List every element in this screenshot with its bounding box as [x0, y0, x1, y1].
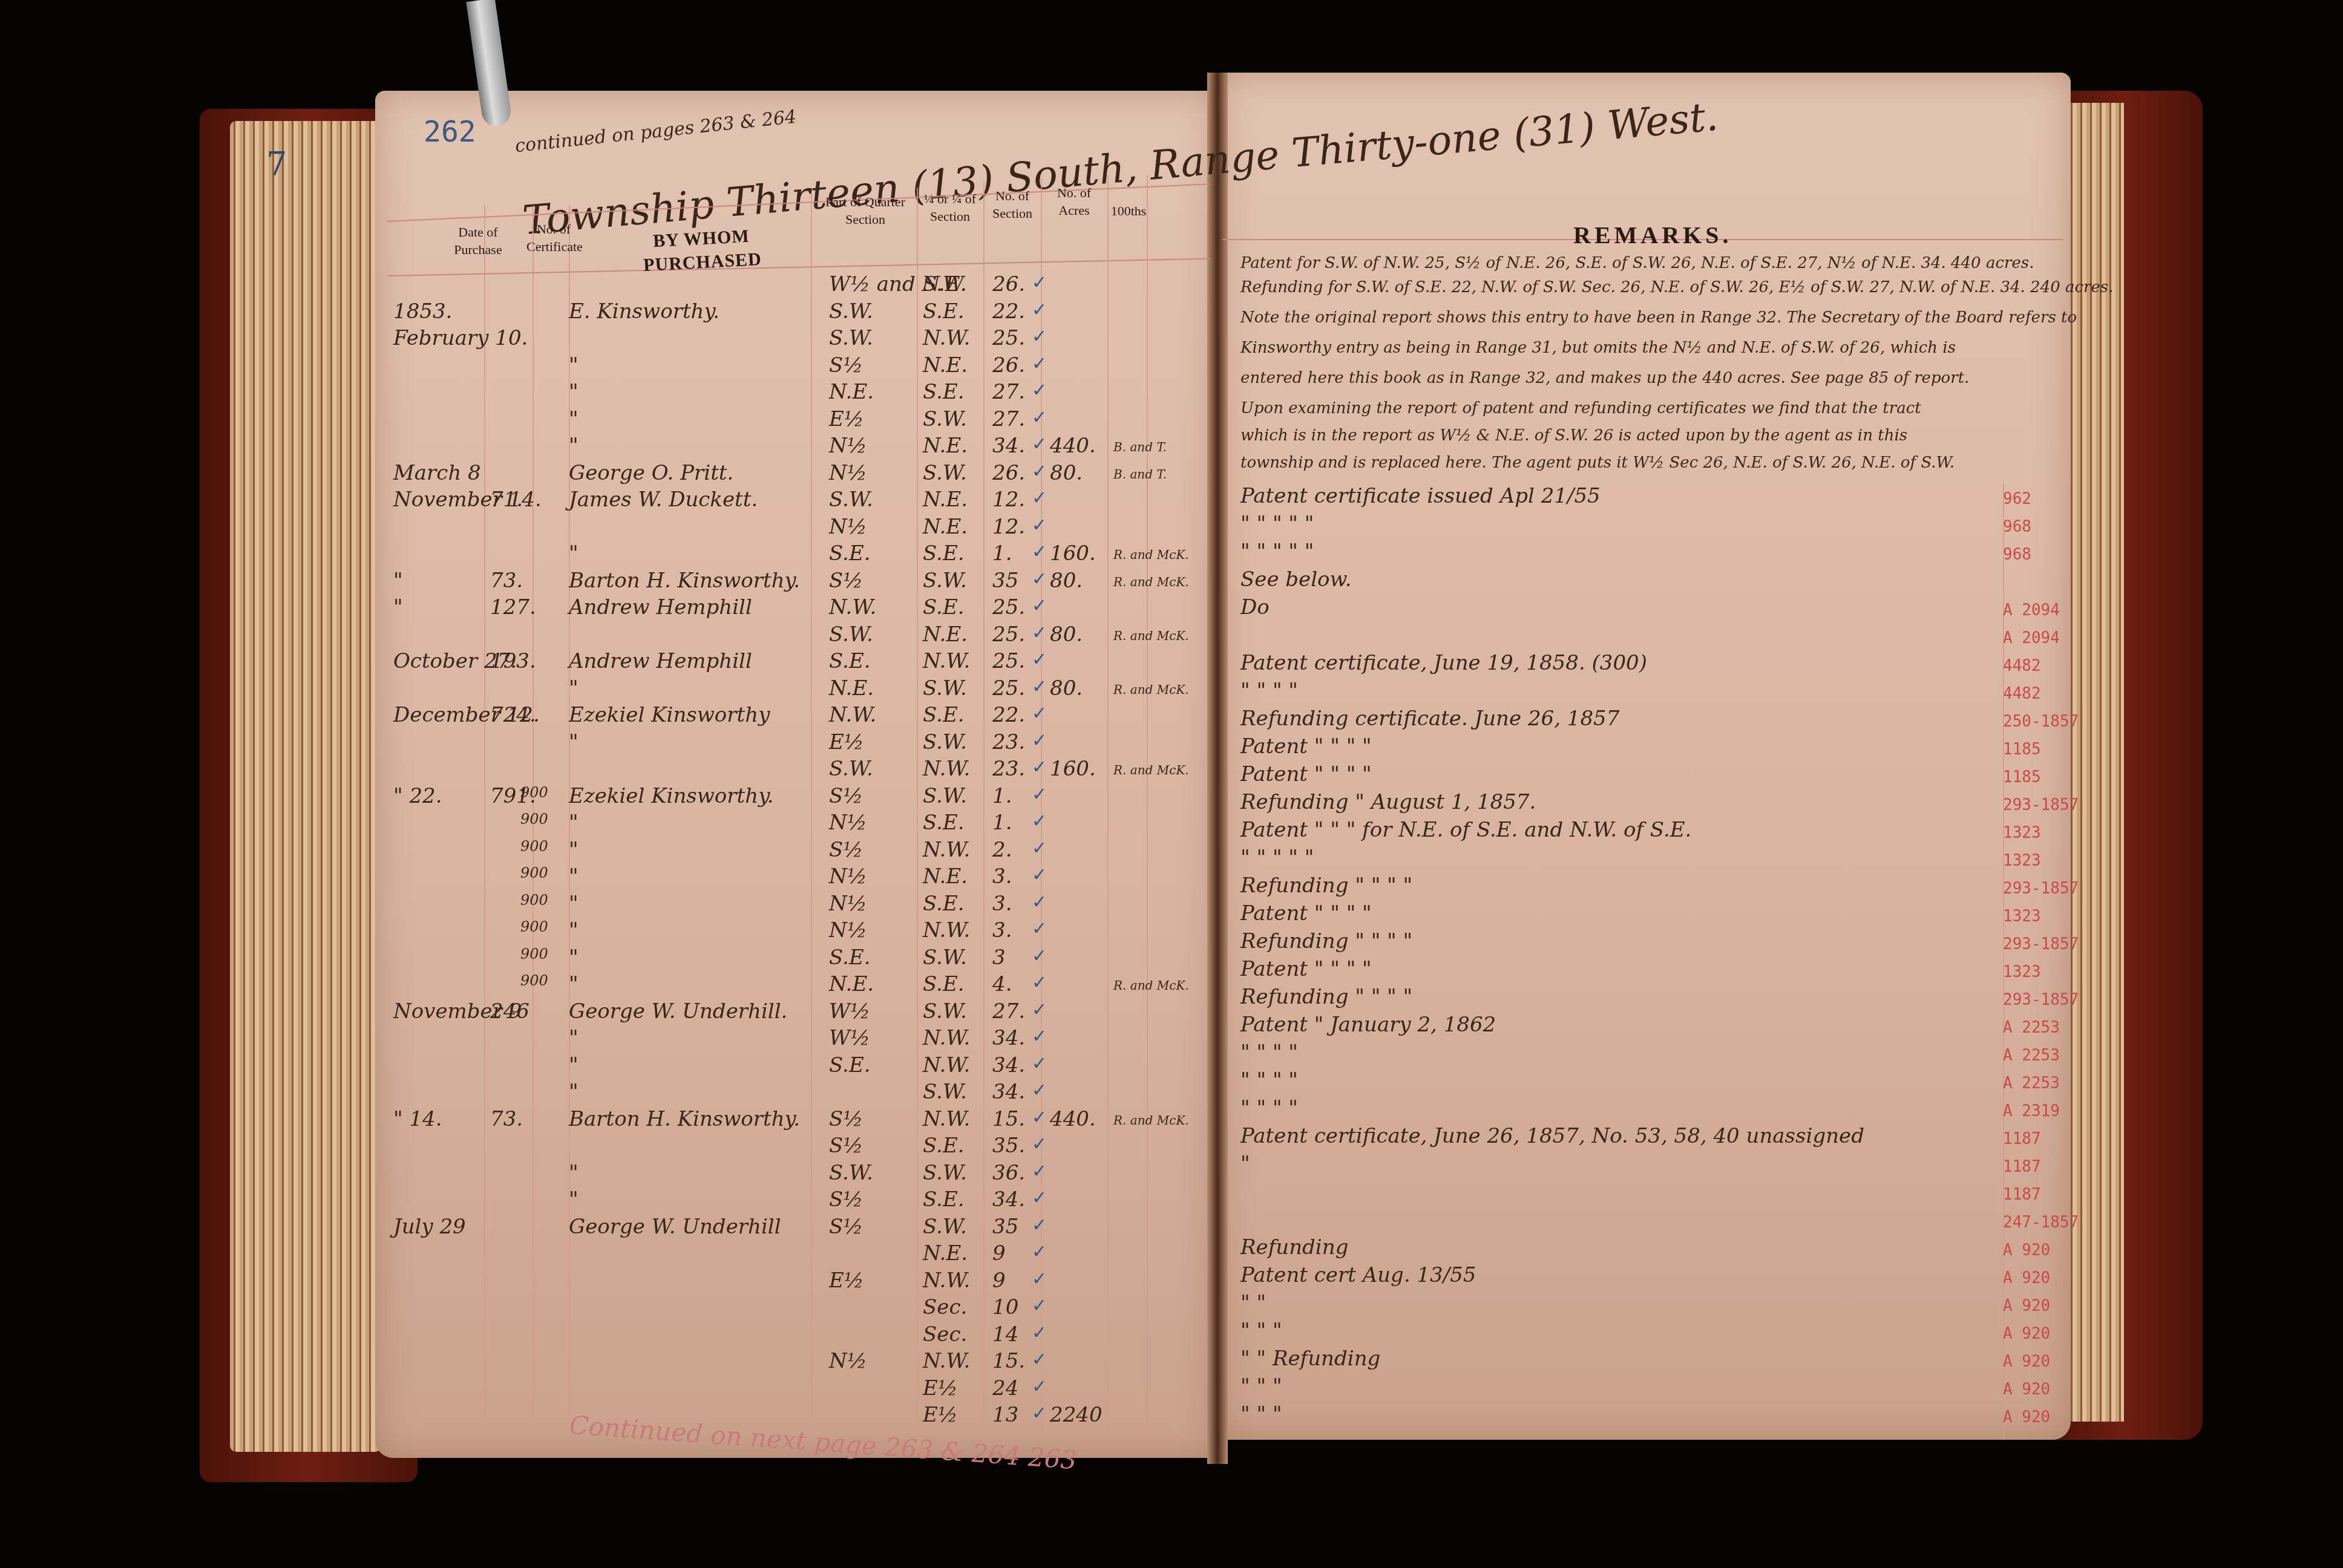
blue-checkmark-icon: ✓ [1032, 703, 1047, 724]
table-row: "S½S.E.34.✓ [375, 1187, 1216, 1214]
remark-line: Patent " " " " [1240, 762, 1372, 786]
blue-checkmark-icon: ✓ [1032, 353, 1047, 374]
part-of-quarter: E½ [829, 730, 864, 754]
quarter-of-section: N.E. [923, 1241, 968, 1266]
remark-line: Do [1240, 595, 1270, 619]
blue-checkmark-icon: ✓ [1032, 1322, 1047, 1344]
quarter-of-section: N.W. [923, 918, 970, 942]
quarter-of-section: S.E. [923, 703, 965, 727]
red-ink-number: 900 [520, 838, 548, 855]
section-number: 9 [992, 1269, 1006, 1293]
part-of-quarter: S.E. [829, 946, 871, 970]
purchaser-name: " [569, 1161, 578, 1185]
patent-number: 1323 [2003, 907, 2041, 926]
part-of-quarter: S½ [829, 353, 863, 377]
patent-number: 1323 [2003, 824, 2041, 842]
red-ink-number: 900 [520, 864, 548, 881]
quarter-of-section: S.W. [923, 1215, 967, 1239]
table-row: S½S.E.35.✓ [375, 1134, 1216, 1160]
receiver-note: R. and McK. [1113, 575, 1189, 589]
purchase-date: " [393, 595, 403, 619]
quarter-of-section: N.W. [923, 1269, 970, 1293]
blue-checkmark-icon: ✓ [1032, 488, 1047, 509]
blue-checkmark-icon: ✓ [1032, 918, 1047, 939]
patent-number: 1187 [2003, 1158, 2041, 1176]
section-number: 34. [992, 1080, 1025, 1104]
patent-number: A 920 [2003, 1408, 2050, 1426]
table-row: November 9246George W. Underhill.W½S.W.2… [375, 999, 1216, 1026]
blue-checkmark-icon: ✓ [1032, 461, 1047, 482]
receiver-note: R. and McK. [1113, 1113, 1189, 1128]
purchaser-name: " [569, 730, 578, 754]
receiver-note: B. and T. [1113, 440, 1167, 454]
part-of-quarter: S.W. [829, 757, 873, 781]
blue-checkmark-icon: ✓ [1032, 1215, 1047, 1236]
section-number: 35 [992, 1215, 1018, 1239]
blue-checkmark-icon: ✓ [1032, 1026, 1047, 1047]
col-header-section: No. of Section [985, 188, 1040, 222]
part-of-quarter: N½ [829, 892, 867, 916]
table-row: March 8George O. Pritt.N½S.W.26.80.B. an… [375, 461, 1216, 488]
purchaser-name: Andrew Hemphill [569, 649, 752, 673]
purchaser-name: " [569, 1187, 578, 1212]
remark-line: Patent certificate issued Apl 21/55 [1240, 484, 1601, 508]
purchase-date: " [393, 569, 403, 593]
table-row: February 10.S.W.N.W.25.✓ [375, 326, 1216, 353]
table-row: "73.Barton H. Kinsworthy.S½S.W.3580.R. a… [375, 569, 1216, 595]
table-row: "S.W.S.W.36.✓ [375, 1161, 1216, 1187]
col-header-quarter: ¼ or ¼ of Section [923, 191, 977, 225]
table-row: "W½N.W.34.✓ [375, 1026, 1216, 1053]
remark-line: Patent cert Aug. 13/55 [1240, 1263, 1476, 1287]
blue-checkmark-icon: ✓ [1032, 434, 1047, 455]
patent-number: 250-1857 [2003, 713, 2079, 731]
quarter-of-section: N.W. [923, 757, 970, 781]
patent-number: A 920 [2003, 1380, 2050, 1399]
section-number: 15. [992, 1349, 1025, 1373]
purchaser-name: " [569, 1080, 578, 1104]
section-number: 9 [992, 1241, 1006, 1266]
remark-line: See below. [1240, 567, 1351, 592]
quarter-of-section: S.E. [923, 811, 965, 835]
remark-line: " " " [1240, 1402, 1282, 1426]
quarter-of-section: S.E. [923, 541, 965, 566]
purchaser-name: " [569, 541, 578, 566]
blue-checkmark-icon: ✓ [1032, 272, 1047, 293]
patent-number: 1187 [2003, 1186, 2041, 1204]
purchaser-name: George W. Underhill [569, 1215, 781, 1239]
blue-checkmark-icon: ✓ [1032, 730, 1047, 751]
blue-checkmark-icon: ✓ [1032, 407, 1047, 428]
part-of-quarter: E½ [829, 1269, 864, 1293]
receiver-note: B. and T. [1113, 467, 1167, 482]
acres: 80. [1050, 622, 1083, 647]
col-header-hundredths: 100ths [1107, 203, 1150, 220]
section-number: 23. [992, 730, 1025, 754]
remark-note: township and is replaced here. The agent… [1240, 454, 1955, 472]
red-ink-number: 900 [520, 811, 548, 828]
section-number: 4. [992, 972, 1012, 996]
part-of-quarter: S.W. [829, 622, 873, 647]
remarks-heading: REMARKS. [1573, 221, 1732, 249]
remark-line: " " " " [1240, 1068, 1298, 1093]
patent-number: 1185 [2003, 768, 2041, 786]
part-of-quarter: S½ [829, 1107, 863, 1131]
purchaser-name: George O. Pritt. [569, 461, 733, 485]
patent-number: A 2253 [2003, 1047, 2060, 1065]
quarter-of-section: S.E. [923, 1134, 965, 1158]
blue-checkmark-icon: ✓ [1032, 326, 1047, 347]
blue-checkmark-icon: ✓ [1032, 1241, 1047, 1263]
remark-note: entered here this book as in Range 32, a… [1240, 369, 1969, 387]
receiver-note: R. and McK. [1113, 763, 1189, 777]
quarter-of-section: Sec. [923, 1295, 967, 1319]
purchaser-name: " [569, 407, 578, 431]
purchaser-name: " [569, 676, 578, 701]
purchaser-name: " [569, 864, 578, 889]
table-row: "N½N.W.3.✓900 [375, 918, 1216, 945]
quarter-of-section: S.E. [923, 595, 965, 619]
certificate-number: 246 [490, 999, 529, 1024]
blue-checkmark-icon: ✓ [1032, 1080, 1047, 1101]
section-number: 2. [992, 838, 1012, 862]
blue-checkmark-icon: ✓ [1032, 649, 1047, 670]
part-of-quarter: S.W. [829, 488, 873, 512]
part-of-quarter: N½ [829, 1349, 867, 1373]
remark-line: Patent " " " " [1240, 901, 1372, 926]
table-row: E½24✓ [375, 1376, 1216, 1403]
quarter-of-section: S.W. [923, 461, 967, 485]
blue-checkmark-icon: ✓ [1032, 515, 1047, 536]
remark-line: " " " " " [1240, 512, 1314, 536]
remark-line: Refunding " August 1, 1857. [1240, 790, 1536, 814]
section-number: 10 [992, 1295, 1018, 1319]
quarter-of-section: S.E. [923, 299, 965, 324]
purchaser-name: E. Kinsworthy. [569, 299, 719, 324]
quarter-of-section: N.W. [923, 1349, 970, 1373]
quarter-of-section: E½ [923, 1403, 958, 1427]
section-number: 34. [992, 1053, 1025, 1077]
section-number: 12. [992, 515, 1025, 539]
patent-number: 293-1857 [2003, 796, 2079, 814]
purchase-date: 1853. [393, 299, 452, 324]
patent-no-rule [2003, 484, 2004, 1440]
acres: 160. [1050, 757, 1096, 781]
patent-number: 1187 [2003, 1130, 2041, 1148]
edge-tab-number: 7 [266, 145, 303, 188]
section-number: 26. [992, 461, 1025, 485]
blue-checkmark-icon: ✓ [1032, 380, 1047, 401]
part-of-quarter: S½ [829, 1187, 863, 1212]
remark-note: Upon examining the report of patent and … [1240, 399, 1921, 417]
certificate-number: 724. [490, 703, 536, 727]
purchaser-name: " [569, 946, 578, 970]
patent-number: A 920 [2003, 1297, 2050, 1315]
quarter-of-section: S.E. [923, 972, 965, 996]
certificate-number: 127. [490, 595, 536, 619]
section-number: 26. [992, 272, 1025, 296]
acres: 2240 [1050, 1403, 1103, 1427]
remark-note: Note the original report shows this entr… [1240, 309, 2077, 327]
part-of-quarter: N½ [829, 918, 867, 942]
patent-number: 293-1857 [2003, 991, 2079, 1009]
quarter-of-section: N.W. [923, 1053, 970, 1077]
blue-checkmark-icon: ✓ [1032, 676, 1047, 697]
table-row: "S.E.S.E.1.160.R. and McK.✓ [375, 541, 1216, 568]
blue-checkmark-icon: ✓ [1032, 299, 1047, 321]
table-row: " 22.791.Ezekiel Kinsworthy.S½S.W.1.✓900 [375, 784, 1216, 811]
patent-number: 1323 [2003, 852, 2041, 870]
quarter-of-section: N.W. [923, 1026, 970, 1050]
table-row: July 29George W. UnderhillS½S.W.35✓ [375, 1215, 1216, 1241]
section-number: 3. [992, 864, 1012, 889]
quarter-of-section: N.W. [923, 838, 970, 862]
red-ink-number: 900 [520, 918, 548, 935]
section-number: 22. [992, 703, 1025, 727]
part-of-quarter: S.W. [829, 299, 873, 324]
table-row: Sec.10✓ [375, 1295, 1216, 1322]
blue-checkmark-icon: ✓ [1032, 757, 1047, 778]
quarter-of-section: S.E. [923, 380, 965, 404]
acres: 80. [1050, 676, 1083, 701]
blue-checkmark-icon: ✓ [1032, 1134, 1047, 1155]
patent-number: A 2319 [2003, 1102, 2060, 1120]
quarter-of-section: N.E. [923, 434, 968, 458]
patent-number: A 2094 [2003, 601, 2060, 619]
part-of-quarter: S½ [829, 1215, 863, 1239]
section-number: 25. [992, 595, 1025, 619]
part-of-quarter: S½ [829, 838, 863, 862]
part-of-quarter: S.E. [829, 541, 871, 566]
remark-line: Patent " January 2, 1862 [1240, 1013, 1496, 1037]
part-of-quarter: N.E. [829, 972, 874, 996]
purchaser-name: George W. Underhill. [569, 999, 787, 1024]
part-of-quarter: E½ [829, 407, 864, 431]
quarter-of-section: S.W. [923, 1161, 967, 1185]
blue-checkmark-icon: ✓ [1032, 811, 1047, 832]
part-of-quarter: S.W. [829, 1161, 873, 1185]
table-row: "S.W.34.✓ [375, 1080, 1216, 1106]
section-number: 13 [992, 1403, 1018, 1427]
remark-line: " " " [1240, 1374, 1282, 1399]
quarter-of-section: Sec. [923, 1322, 967, 1347]
col-header-part-quarter: Part of Quarter Section [823, 194, 908, 228]
quarter-of-section: N.W. [923, 326, 970, 350]
table-row: "N.E.S.E.4.R. and McK.✓900 [375, 972, 1216, 999]
section-number: 27. [992, 380, 1025, 404]
quarter-of-section: N.E. [923, 622, 968, 647]
quarter-of-section: S.E. [923, 892, 965, 916]
section-number: 3 [992, 946, 1006, 970]
acres: 440. [1050, 1107, 1096, 1131]
remark-line: " " " " [1240, 1040, 1298, 1065]
section-number: 34. [992, 434, 1025, 458]
blue-checkmark-icon: ✓ [1032, 1269, 1047, 1290]
blue-checkmark-icon: ✓ [1032, 569, 1047, 590]
remark-line: " " [1240, 1291, 1266, 1315]
blue-checkmark-icon: ✓ [1032, 1403, 1047, 1424]
section-number: 12. [992, 488, 1025, 512]
patent-number: A 920 [2003, 1325, 2050, 1343]
remark-note: Kinsworthy entry as being in Range 31, b… [1240, 339, 1956, 357]
blue-checkmark-icon: ✓ [1032, 999, 1047, 1021]
purchaser-name: James W. Duckett. [569, 488, 758, 512]
certificate-number: 73. [490, 1107, 523, 1131]
quarter-of-section: N.W. [923, 1107, 970, 1131]
certificate-number: 71. [490, 488, 523, 512]
quarter-of-section: S.W. [923, 676, 967, 701]
purchaser-name: " [569, 380, 578, 404]
patent-number: 4482 [2003, 657, 2041, 675]
part-of-quarter: N.W. [829, 703, 876, 727]
section-number: 25. [992, 676, 1025, 701]
section-number: 15. [992, 1107, 1025, 1131]
blue-checkmark-icon: ✓ [1032, 892, 1047, 913]
remark-line: Patent certificate, June 26, 1857, No. 5… [1240, 1124, 1864, 1148]
table-row: "N.E.S.W.25.80.R. and McK.✓ [375, 676, 1216, 703]
quarter-of-section: N.E. [923, 864, 968, 889]
purchaser-name: " [569, 353, 578, 377]
section-number: 1. [992, 811, 1012, 835]
blue-checkmark-icon: ✓ [1032, 1349, 1047, 1370]
col-header-date: Date of Purchase [445, 224, 511, 258]
red-ink-number: 900 [520, 892, 548, 909]
blue-checkmark-icon: ✓ [1032, 1053, 1047, 1074]
patent-number: A 920 [2003, 1241, 2050, 1259]
remark-line: Patent " " " " [1240, 734, 1372, 759]
acres: 160. [1050, 541, 1096, 566]
blue-checkmark-icon: ✓ [1032, 1376, 1047, 1397]
remark-line: Refunding " " " " [1240, 929, 1412, 953]
patent-number: 1185 [2003, 740, 2041, 759]
section-number: 14 [992, 1322, 1018, 1347]
receiver-note: R. and McK. [1113, 547, 1189, 562]
red-ink-number: 900 [520, 972, 548, 989]
patent-number: A 2094 [2003, 629, 2060, 647]
quarter-of-section: S.W. [923, 999, 967, 1024]
remark-note: Patent for S.W. of N.W. 25, S½ of N.E. 2… [1240, 254, 2034, 272]
remark-note: Refunding for S.W. of S.E. 22, N.W. of S… [1240, 278, 2113, 296]
quarter-of-section: E½ [923, 1376, 958, 1400]
receiver-note: R. and McK. [1113, 629, 1189, 643]
patent-number: 1323 [2003, 963, 2041, 981]
quarter-of-section: S.E. [923, 1187, 965, 1212]
table-row: November 14.71.James W. Duckett.S.W.N.E.… [375, 488, 1216, 514]
receiver-note: R. and McK. [1113, 682, 1189, 697]
patent-number: 968 [2003, 518, 2031, 536]
part-of-quarter: S.E. [829, 649, 871, 673]
part-of-quarter: S.E. [829, 1053, 871, 1077]
table-row: N½N.E.12.✓ [375, 515, 1216, 541]
purchaser-name: Ezekiel Kinsworthy. [569, 784, 774, 808]
part-of-quarter: N½ [829, 864, 867, 889]
page-number: 262 [424, 115, 476, 149]
quarter-of-section: N.E. [923, 488, 968, 512]
patent-number: A 2253 [2003, 1074, 2060, 1093]
blue-checkmark-icon: ✓ [1032, 1187, 1047, 1209]
acres: 440. [1050, 434, 1096, 458]
purchaser-name: " [569, 892, 578, 916]
remark-line: " " " " " [1240, 540, 1314, 564]
patent-number: 247-1857 [2003, 1214, 2079, 1232]
section-number: 34. [992, 1026, 1025, 1050]
section-number: 25. [992, 326, 1025, 350]
purchaser-name: " [569, 1053, 578, 1077]
blue-checkmark-icon: ✓ [1032, 595, 1047, 616]
quarter-of-section: S.W. [923, 730, 967, 754]
blue-checkmark-icon: ✓ [1032, 972, 1047, 993]
table-row: "N½N.E.3.✓900 [375, 864, 1216, 891]
purchaser-name: Barton H. Kinsworthy. [569, 569, 800, 593]
remark-line: " [1240, 1152, 1250, 1176]
patent-number: 4482 [2003, 685, 2041, 703]
table-row: S.W.N.W.23.160.R. and McK.✓ [375, 757, 1216, 783]
remark-line: " " " [1240, 1319, 1282, 1343]
remark-line: " " " " [1240, 1096, 1298, 1120]
table-row: Sec.14✓ [375, 1322, 1216, 1349]
purchase-date: July 29 [393, 1215, 466, 1239]
table-row: 1853.E. Kinsworthy.S.W.S.E.22.✓ [375, 299, 1216, 326]
section-number: 25. [992, 622, 1025, 647]
part-of-quarter: W½ [829, 999, 870, 1024]
purchase-date: " 22. [393, 784, 442, 808]
table-row: W½ and N.E.S.W.26.✓ [375, 272, 1216, 299]
table-row: October 27.193.Andrew HemphillS.E.N.W.25… [375, 649, 1216, 676]
blue-checkmark-icon: ✓ [1032, 838, 1047, 859]
page-edges-left [230, 121, 381, 1452]
part-of-quarter: N½ [829, 434, 867, 458]
patent-number: A 920 [2003, 1353, 2050, 1371]
section-number: 35 [992, 569, 1018, 593]
purchase-date: " 14. [393, 1107, 442, 1131]
table-row: "N½N.E.34.440.B. and T.✓ [375, 434, 1216, 460]
red-ink-number: 900 [520, 784, 548, 801]
section-number: 25. [992, 649, 1025, 673]
part-of-quarter: N.W. [829, 595, 876, 619]
remark-line: " " " " " [1240, 846, 1314, 870]
purchaser-name: " [569, 972, 578, 996]
purchaser-name: " [569, 838, 578, 862]
remark-line: Refunding " " " " [1240, 985, 1412, 1009]
table-row: "S.E.N.W.34.✓ [375, 1053, 1216, 1080]
acres: 80. [1050, 461, 1083, 485]
quarter-of-section: N.W. [923, 649, 970, 673]
red-ink-number: 900 [520, 946, 548, 962]
table-row: N½N.W.15.✓ [375, 1349, 1216, 1376]
table-row: " 14.73.Barton H. Kinsworthy.S½N.W.15.44… [375, 1107, 1216, 1134]
quarter-of-section: S.W. [923, 946, 967, 970]
purchaser-name: " [569, 918, 578, 942]
part-of-quarter: N.E. [829, 676, 874, 701]
quarter-of-section: N.E. [923, 353, 968, 377]
table-row: S.W.N.E.25.80.R. and McK.✓ [375, 622, 1216, 649]
certificate-number: 193. [490, 649, 536, 673]
patent-number: 968 [2003, 546, 2031, 564]
blue-checkmark-icon: ✓ [1032, 1107, 1047, 1128]
quarter-of-section: S.W. [923, 784, 967, 808]
remark-line: Refunding " " " " [1240, 874, 1412, 898]
remark-line: Refunding certificate. June 26, 1857 [1240, 707, 1619, 731]
part-of-quarter: N½ [829, 461, 867, 485]
part-of-quarter: N½ [829, 811, 867, 835]
table-row: "E½S.W.27.✓ [375, 407, 1216, 434]
section-number: 27. [992, 999, 1025, 1024]
patent-number: A 920 [2003, 1269, 2050, 1287]
section-number: 1. [992, 784, 1012, 808]
section-number: 35. [992, 1134, 1025, 1158]
section-number: 3. [992, 892, 1012, 916]
part-of-quarter: N½ [829, 515, 867, 539]
